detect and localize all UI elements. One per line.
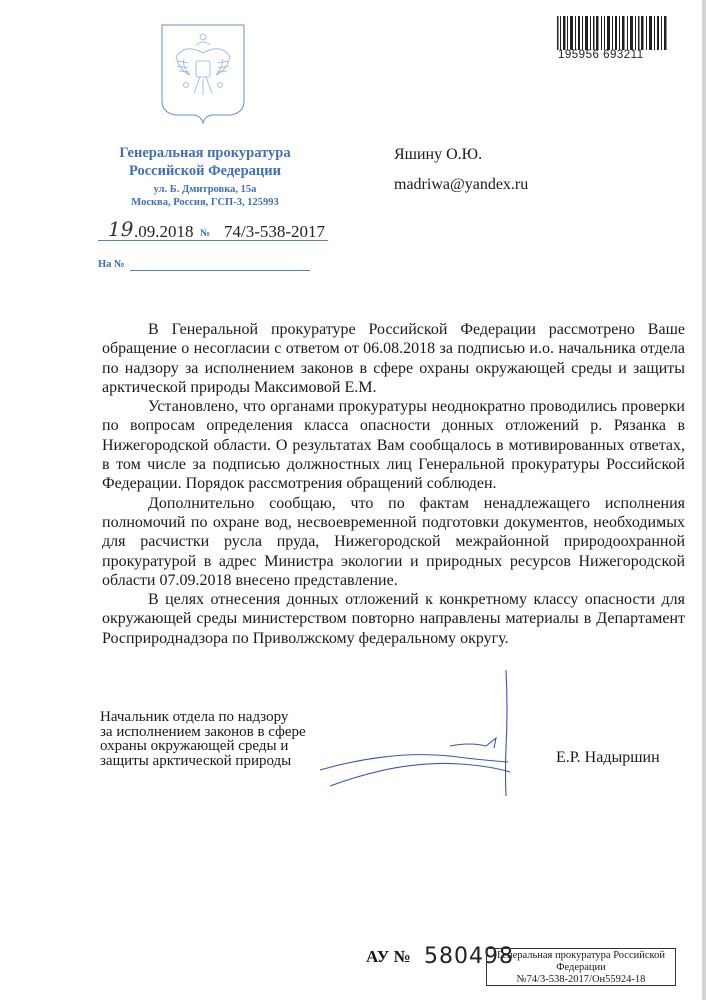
signatory-name: Е.Р. Надыршин bbox=[556, 749, 660, 767]
address-line-1: ул. Б. Дмитровка, 15а bbox=[100, 183, 310, 196]
registration-stamp: Генеральная прокуратура Российской Федер… bbox=[486, 948, 676, 986]
date-handwritten: 19 bbox=[108, 217, 133, 241]
stamp-line: №74/3-538-2017/Он55924-18 bbox=[487, 974, 675, 986]
series-label: АУ № bbox=[366, 947, 411, 967]
stamp-line: Генеральная прокуратура Российской bbox=[487, 950, 675, 962]
barcode-icon bbox=[557, 16, 669, 50]
date-printed: .09.2018 bbox=[134, 222, 194, 242]
organization-address: ул. Б. Дмитровка, 15а Москва, Россия, ГС… bbox=[100, 183, 310, 209]
recipient: Яшину О.Ю. madriwa@yandex.ru bbox=[394, 140, 528, 200]
org-line-1: Генеральная прокуратура bbox=[100, 144, 310, 162]
org-line-2: Российской Федерации bbox=[100, 162, 310, 180]
handwritten-signature-icon bbox=[310, 668, 520, 798]
body-paragraph: Установлено, что органами прокуратуры не… bbox=[102, 397, 685, 493]
number-sign: № bbox=[200, 228, 210, 239]
outgoing-number: 74/3-538-2017 bbox=[224, 222, 325, 242]
title-line: защиты арктической природы bbox=[100, 754, 306, 769]
organization-name: Генеральная прокуратура Российской Федер… bbox=[100, 144, 310, 180]
signatory-title: Начальник отдела по надзору за исполнени… bbox=[100, 710, 306, 768]
stamp-line: Федерации bbox=[487, 962, 675, 974]
scan-edge bbox=[702, 0, 706, 1000]
body-paragraph: Дополнительно сообщаю, что по фактам нен… bbox=[102, 494, 685, 590]
barcode-number: 195956 693211 bbox=[558, 49, 673, 61]
coat-of-arms-icon bbox=[160, 23, 246, 125]
title-line: Начальник отдела по надзору bbox=[100, 710, 306, 725]
reply-to-line bbox=[130, 258, 310, 271]
letter-body: В Генеральной прокуратуре Российской Фед… bbox=[102, 320, 685, 648]
title-line: за исполнением законов в сфере bbox=[100, 725, 306, 740]
body-paragraph: В целях отнесения донных отложений к кон… bbox=[102, 590, 685, 648]
body-paragraph: В Генеральной прокуратуре Российской Фед… bbox=[102, 320, 685, 397]
address-line-2: Москва, Россия, ГСП-3, 125993 bbox=[100, 196, 310, 209]
recipient-name: Яшину О.Ю. bbox=[394, 140, 528, 170]
reply-to-label: На № bbox=[98, 259, 125, 270]
title-line: охраны окружающей среды и bbox=[100, 739, 306, 754]
recipient-email: madriwa@yandex.ru bbox=[394, 170, 528, 200]
